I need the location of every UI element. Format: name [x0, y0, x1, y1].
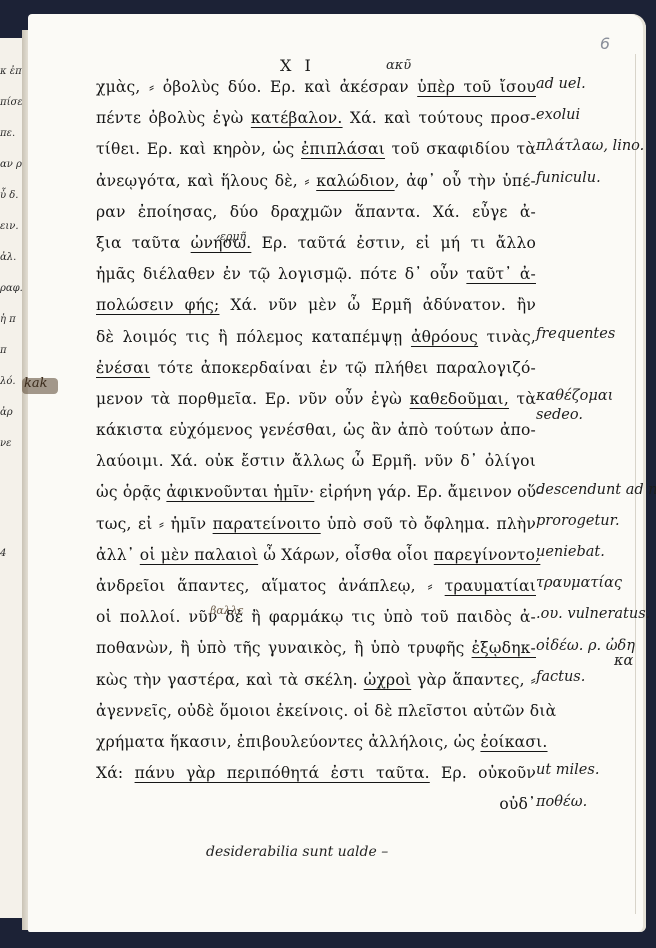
text-span: ἀγεννεῖς, οὐδὲ ὅμοιοι ἐκείνοις. οἱ δὲ πλ… [96, 702, 556, 720]
bottom-handwritten-note: desiderabilia sunt ualde – [206, 844, 388, 860]
underlined-text: ἐοίκασι. [480, 733, 547, 751]
text-span: Χά. καὶ τούτους προσ- [343, 109, 536, 127]
margin-note: .ου. vulneratus. [536, 606, 650, 622]
text-line: χρήματα ἥκασιν, ἐπιβουλεύοντες ἀλλήλοις,… [96, 727, 536, 758]
text-span: ἀνδρεῖοι ἅπαντες, αἵματος ἀνάπλεῳ, ⸗ [96, 577, 445, 595]
facing-page-fragment: πίσει [0, 97, 22, 108]
facing-page-fragment: ραφ. [0, 283, 22, 294]
text-span: ποθανὼν, ἢ ὑπὸ τῆς γυναικὸς, ἢ ὑπὸ τρυφῆ… [96, 639, 472, 657]
text-line: ποθανὼν, ἢ ὑπὸ τῆς γυναικὸς, ἢ ὑπὸ τρυφῆ… [96, 633, 536, 664]
margin-note: καθέζομαι [536, 388, 613, 404]
text-span: λαύοιμι. Χά. οὐκ ἔστιν ἄλλως ὦ Ερμῆ. νῦν… [96, 452, 536, 470]
facing-page-fragment: νε [0, 438, 22, 449]
text-line: κάκιστα εὐχόμενος γενέσθαι, ὡς ἂν ἀπὸ το… [96, 415, 536, 446]
interlinear-annotation-top: ακῦ [386, 58, 411, 73]
text-line: λαύοιμι. Χά. οὐκ ἔστιν ἄλλως ὦ Ερμῆ. νῦν… [96, 446, 536, 477]
facing-page-fragment: ειν. [0, 221, 22, 232]
text-span: ἀλλ᾽ [96, 546, 140, 564]
margin-note: ποθέω. [536, 794, 587, 810]
margin-note: πλάτλαω, lino. [536, 138, 644, 154]
left-margin-note: kak [24, 376, 48, 391]
facing-page-fragment: κ ἐπ. [0, 66, 22, 77]
text-span: πέντε ὀβολὺς ἐγὼ [96, 109, 251, 127]
underlined-text: ὠνήσω. [191, 234, 252, 252]
text-span: μενον τὰ πορθμεῖα. Ερ. νῦν οὖν ἐγὼ [96, 390, 410, 408]
text-span: κὼς τὴν γαστέρα, καὶ τὰ σκέλη. [96, 671, 364, 689]
text-line: οὐδ᾽ [96, 789, 536, 820]
margin-note: ueniebat. [536, 544, 605, 560]
underlined-text: ὑπὲρ τοῦ ἴσου [417, 78, 536, 96]
margin-note: factus. [536, 669, 585, 685]
underlined-text: πάνυ γὰρ περιπόθητά ἐστι ταῦτα. [135, 764, 430, 782]
text-line: ἀνεῳγότα, καὶ ἥλους δὲ, ⸗ καλώδιον, ἀφ᾽ … [96, 166, 536, 197]
text-span: , ἀφ᾽ οὗ τὴν ὑπέ- [395, 172, 536, 190]
text-span: ραν ἐποίησας, δύο δραχμῶν ἅπαντα. Χά. εὖ… [96, 203, 536, 221]
facing-page-fragment: π [0, 345, 22, 356]
underlined-text: ἐξῳδηκ- [472, 639, 536, 657]
text-span: ὦ Χάρων, οἶσθα οἷοι [258, 546, 434, 564]
underlined-text: καθεδοῦμαι, [410, 390, 509, 408]
text-span: χμὰς, ⸗ ὀβολὺς δύο. Ερ. καὶ ἀκέσραν [96, 78, 417, 96]
text-span: ὡς ὁρᾷς [96, 483, 166, 501]
text-line: Χά: πάνυ γὰρ περιπόθητά ἐστι ταῦτα. Ερ. … [96, 758, 536, 789]
text-span: τὰ [509, 390, 536, 408]
text-span: ξια ταῦτα [96, 234, 191, 252]
margin-note: exolui [536, 107, 580, 123]
facing-page-fragment: ἡ π [0, 314, 22, 325]
margin-note: funiculu. [536, 170, 601, 186]
underlined-text: ἐπιπλάσαι [301, 140, 385, 158]
facing-page-fragment: 4 [0, 548, 22, 559]
text-span: Χά. νῦν μὲν ὦ Ερμῆ ἀδύνατον. ἢν [219, 296, 536, 314]
underlined-text: ἐνέσαι [96, 359, 150, 377]
text-span: τινὰς, [478, 328, 536, 346]
margin-note: τραυματίας [536, 575, 622, 591]
text-span: δὲ λοιμός τις ἢ πόλεμος καταπέμψῃ [96, 328, 411, 346]
margin-note: ut miles. [536, 762, 599, 778]
underlined-text: παρεγίνοντο, [434, 546, 541, 564]
text-span: οὐδ᾽ [499, 795, 536, 813]
facing-page-fragment: λό. [0, 376, 22, 387]
text-line: τίθει. Ερ. καὶ κηρὸν, ὡς ἐπιπλάσαι τοῦ σ… [96, 134, 536, 165]
text-span: εἰρήνη γάρ. Ερ. ἄμεινον οὕ- [314, 483, 541, 501]
text-line: ἀνδρεῖοι ἅπαντες, αἵματος ἀνάπλεῳ, ⸗ τρα… [96, 571, 536, 602]
underlined-text: ἀφικνοῦνται ἡμῖν· [166, 483, 314, 501]
text-line: πολώσειν φής; Χά. νῦν μὲν ὦ Ερμῆ ἀδύνατο… [96, 290, 536, 321]
facing-page-edge: κ ἐπ.πίσειπε.αν ρὖ δ.ειν.ἀλ.ραφ.ἡ ππλό.ἀ… [0, 38, 23, 918]
text-line: ἀλλ᾽ οἱ μὲν παλαιοὶ ὦ Χάρων, οἶσθα οἷοι … [96, 540, 536, 571]
text-span: ἡμᾶς διέλαθεν ἐν τῷ λογισμῷ. πότε δ᾽ οὖν [96, 265, 466, 283]
text-span: τίθει. Ερ. καὶ κηρὸν, ὡς [96, 140, 301, 158]
text-line: ἡμᾶς διέλαθεν ἐν τῷ λογισμῷ. πότε δ᾽ οὖν… [96, 259, 536, 290]
text-span: κάκιστα εὐχόμενος γενέσθαι, ὡς ἂν ἀπὸ το… [96, 421, 536, 439]
text-line: τως, εἰ ⸗ ἡμῖν παρατείνοιτο ὑπὸ σοῦ τὸ ὄ… [96, 509, 536, 540]
text-line: δὲ λοιμός τις ἢ πόλεμος καταπέμψῃ ἀθρόου… [96, 322, 536, 353]
text-span: ἀνεῳγότα, καὶ ἥλους δὲ, ⸗ [96, 172, 316, 190]
text-span: οἱ πολλοί. νῦν δὲ ἢ φαρμάκῳ τις ὑπὸ τοῦ … [96, 608, 536, 626]
text-span: τοῦ σκαφιδίου τὰ [385, 140, 536, 158]
underlined-text: οἱ μὲν παλαιοὶ [140, 546, 258, 564]
text-line: ὡς ὁρᾷς ἀφικνοῦνται ἡμῖν· εἰρήνη γάρ. Ερ… [96, 477, 536, 508]
text-span: τως, εἰ ⸗ ἡμῖν [96, 515, 213, 533]
margin-note: οἰδέω. ρ. ὠδη [536, 638, 635, 654]
book-page: 6 X I ακῦ ερμῆ βαλλε χμὰς, ⸗ ὀβολὺς δύο.… [28, 14, 646, 932]
text-span: Ερ. οὐκοῦν [430, 764, 536, 782]
text-line: ραν ἐποίησας, δύο δραχμῶν ἅπαντα. Χά. εὖ… [96, 197, 536, 228]
text-line: πέντε ὀβολὺς ἐγὼ κατέβαλον. Χά. καὶ τούτ… [96, 103, 536, 134]
margin-note: κα [614, 653, 633, 669]
underlined-text: ταῦτ᾽ ἀ- [466, 265, 536, 283]
facing-page-fragment: πε. [0, 128, 22, 139]
margin-note: descendunt ad nos [536, 482, 656, 498]
text-span: ὑπὸ σοῦ τὸ ὄφλημα. πλὴν [321, 515, 536, 533]
text-line: χμὰς, ⸗ ὀβολὺς δύο. Ερ. καὶ ἀκέσραν ὑπὲρ… [96, 72, 536, 103]
greek-text-block: χμὰς, ⸗ ὀβολὺς δύο. Ερ. καὶ ἀκέσραν ὑπὲρ… [96, 72, 536, 821]
text-span: Ερ. ταῦτά ἐστιν, εἰ μή τι ἄλλο [251, 234, 536, 252]
underlined-text: τραυματίαι [445, 577, 536, 595]
text-line: μενον τὰ πορθμεῖα. Ερ. νῦν οὖν ἐγὼ καθεδ… [96, 384, 536, 415]
margin-note: prorogetur. [536, 513, 620, 529]
facing-page-fragment: ἀρ [0, 407, 22, 418]
margin-note: ad uel. [536, 76, 586, 92]
text-span: χρήματα ἥκασιν, ἐπιβουλεύοντες ἀλλήλοις,… [96, 733, 480, 751]
underlined-text: πολώσειν φής; [96, 296, 219, 314]
text-line: ἐνέσαι τότε ἀποκερδαίναι ἐν τῷ πλήθει πα… [96, 353, 536, 384]
text-line: οἱ πολλοί. νῦν δὲ ἢ φαρμάκῳ τις ὑπὸ τοῦ … [96, 602, 536, 633]
text-span: γὰρ ἅπαντες, ⸗ [411, 671, 536, 689]
margin-note: sedeo. [536, 407, 583, 423]
text-line: ξια ταῦτα ὠνήσω. Ερ. ταῦτά ἐστιν, εἰ μή … [96, 228, 536, 259]
underlined-text: ἀθρόους [411, 328, 478, 346]
text-span: τότε ἀποκερδαίναι ἐν τῷ πλήθει παραλογιζ… [150, 359, 536, 377]
facing-page-fragment: ὖ δ. [0, 190, 22, 201]
underlined-text: καλώδιον [316, 172, 394, 190]
underlined-text: παρατείνοιτο [213, 515, 321, 533]
underlined-text: κατέβαλον. [251, 109, 343, 127]
text-line: ἀγεννεῖς, οὐδὲ ὅμοιοι ἐκείνοις. οἱ δὲ πλ… [96, 696, 536, 727]
facing-page-fragment: αν ρ [0, 159, 22, 170]
facing-page-fragment: ἀλ. [0, 252, 22, 263]
underlined-text: ὠχροὶ [364, 671, 412, 689]
margin-note: frequentes [536, 326, 615, 342]
folio-number: 6 [600, 34, 610, 53]
text-line: κὼς τὴν γαστέρα, καὶ τὰ σκέλη. ὠχροὶ γὰρ… [96, 665, 536, 696]
text-span: Χά: [96, 764, 135, 782]
